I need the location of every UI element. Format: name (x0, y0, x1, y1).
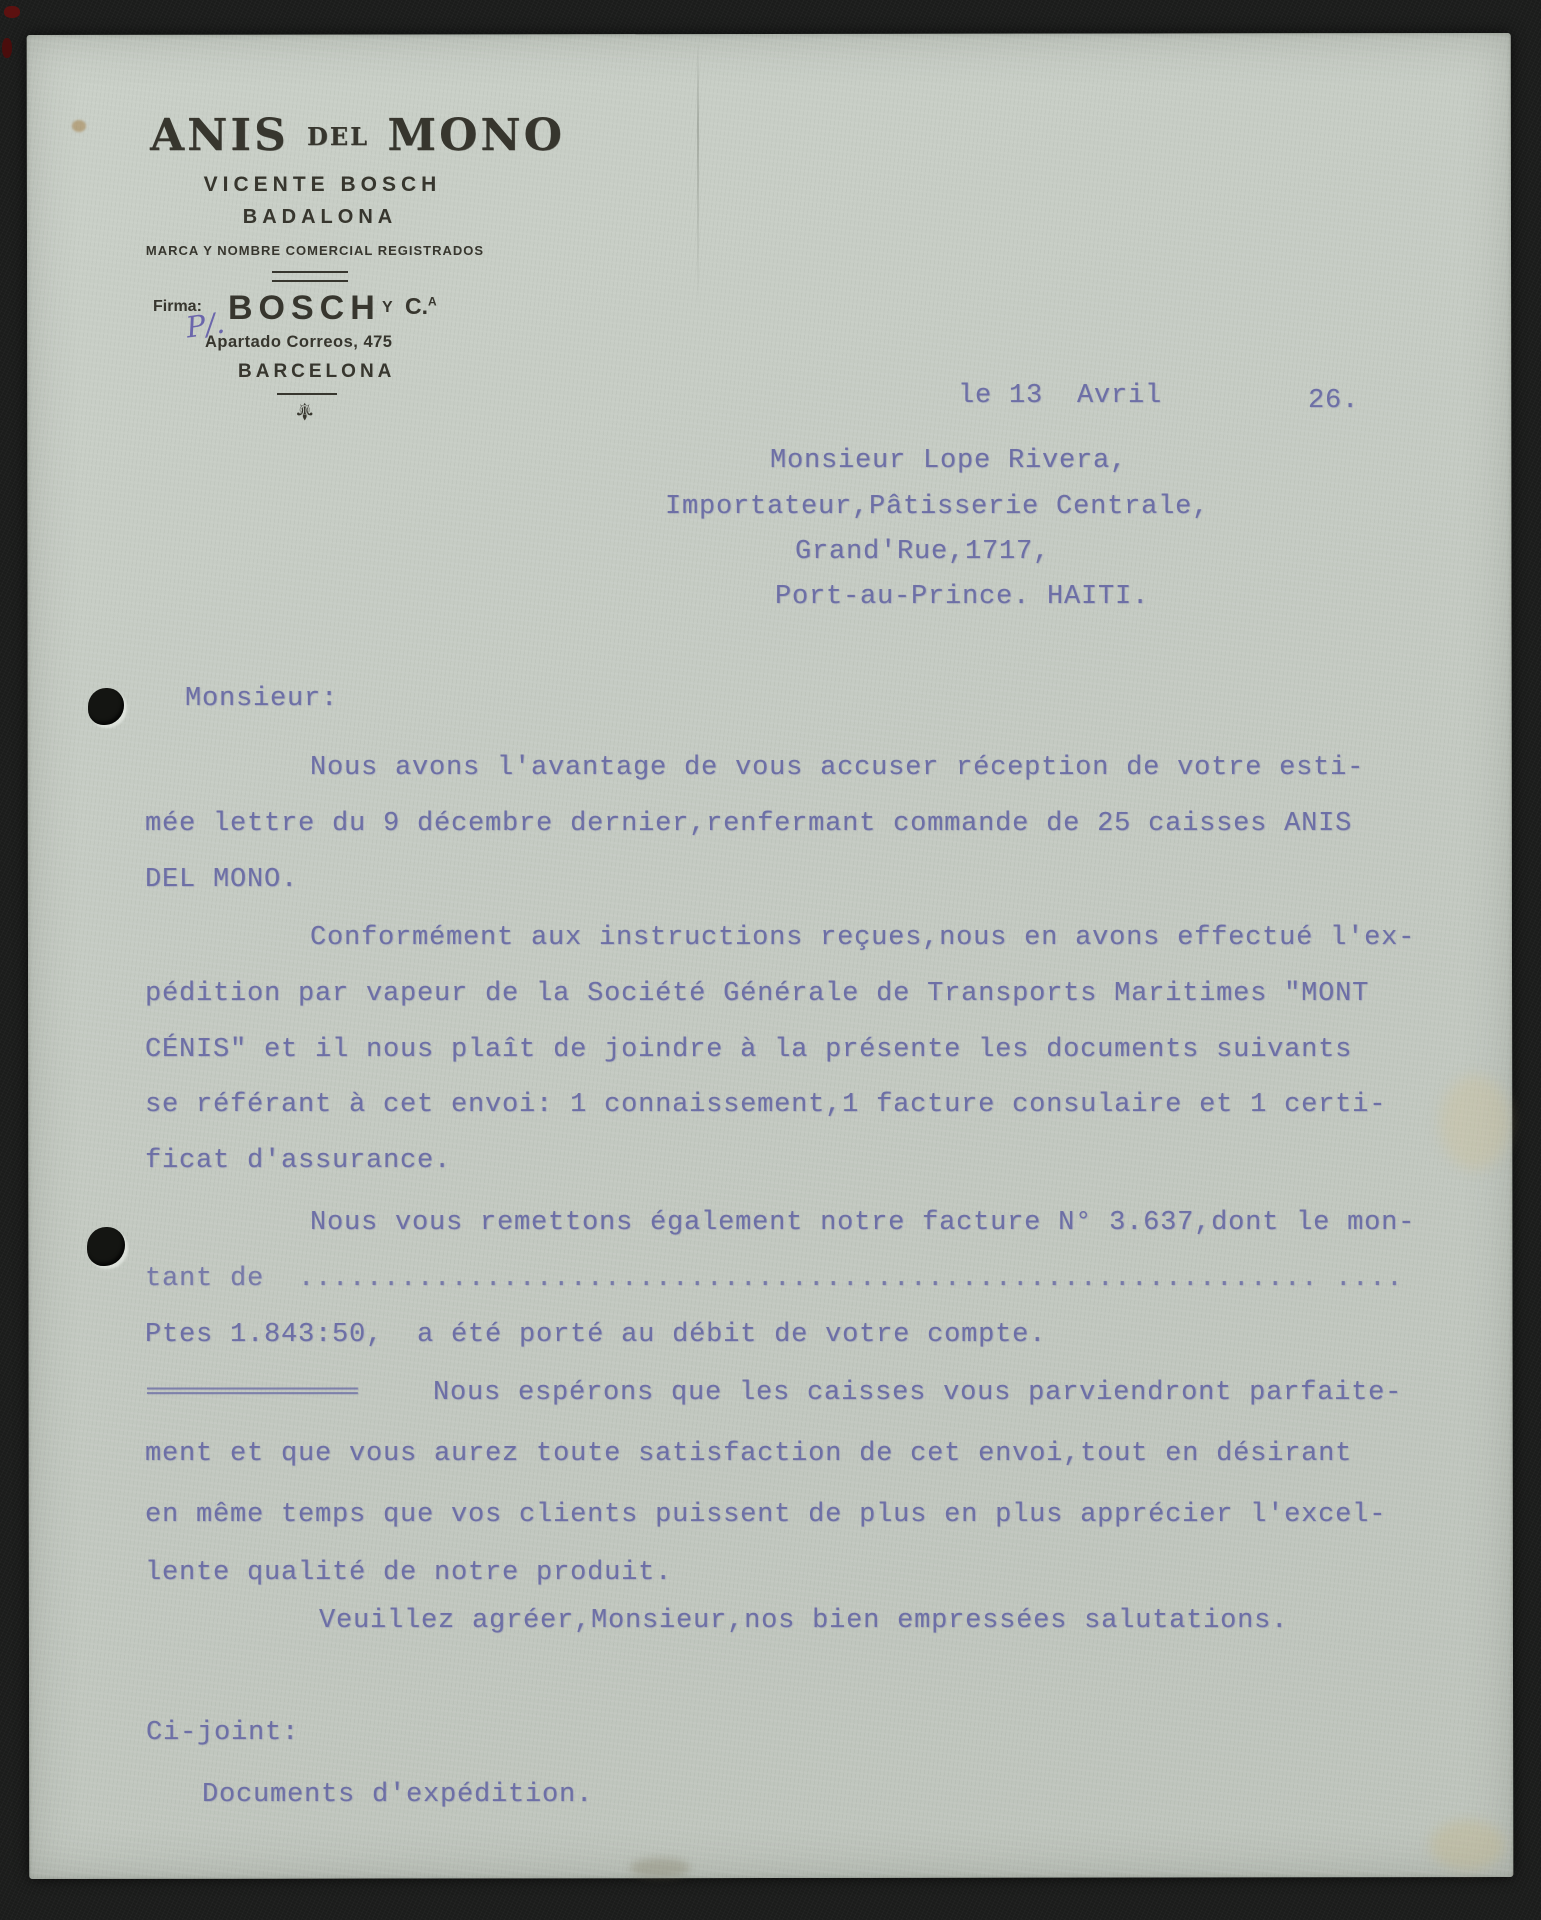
firma-company-abbrev: C.A (405, 295, 437, 318)
corner-mark (2, 38, 12, 58)
enclosure-item: Documents d'expédition. (202, 1782, 593, 1809)
body-line-amount: Ptes 1.843:50, a été porté au débit de v… (145, 1322, 1046, 1349)
letterhead-city: BADALONA (150, 207, 490, 227)
letterhead-brand: ANIS DEL MONO (150, 114, 495, 158)
salutation: Monsieur: (185, 686, 338, 713)
body-line-dotted: tant de ................................… (145, 1266, 1403, 1293)
body-line: Nous vous remettons également notre fact… (310, 1210, 1415, 1237)
letterhead-owner: VICENTE BOSCH (150, 174, 495, 195)
closing-line: Veuillez agréer,Monsieur,nos bien empres… (319, 1608, 1288, 1635)
body-line: mée lettre du 9 décembre dernier,renferm… (145, 811, 1352, 838)
brand-del: DEL (307, 122, 369, 151)
firma-co-sup: A (428, 294, 437, 308)
paper-stain (1440, 1075, 1510, 1170)
firma-co-text: C. (405, 293, 428, 319)
date-day-month: le 13 Avril (958, 383, 1162, 410)
paper-crease (697, 40, 699, 310)
letterhead-ornament-icon: ⚜ (294, 396, 316, 425)
body-line: CÉNIS" et il nous plaît de joindre à la … (145, 1037, 1352, 1064)
letterhead-po-box: Apartado Correos, 475 (205, 334, 392, 351)
body-line: ficat d'assurance. (145, 1148, 451, 1175)
scan-background: ANIS DEL MONO VICENTE BOSCH BADALONA MAR… (0, 0, 1541, 1920)
body-line: se référant à cet envoi: 1 connaissement… (145, 1092, 1386, 1119)
recipient-line: Port-au-Prince. HAITI. (775, 584, 1149, 611)
letterhead-registered-line: MARCA Y NOMBRE COMERCIAL REGISTRADOS (95, 244, 535, 257)
amount-underline-mark: ═════════════ (147, 1380, 358, 1407)
corner-mark (4, 6, 20, 18)
brand-part1: ANIS (150, 110, 289, 161)
body-line: ment et que vous aurez toute satisfactio… (145, 1441, 1352, 1468)
firma-name: BOSCH (228, 291, 381, 325)
paper-stain (72, 120, 86, 132)
brand-part2: MONO (387, 110, 565, 161)
body-line: Nous avons l'avantage de vous accuser ré… (310, 755, 1364, 782)
recipient-line: Importateur,Pâtisserie Centrale, (665, 494, 1209, 521)
body-line: lente qualité de notre produit. (145, 1560, 672, 1587)
firma-conjunction: Y (382, 300, 393, 316)
paper-stain (630, 1858, 690, 1878)
letterhead-double-rule (272, 271, 348, 282)
letterhead-rule (277, 393, 337, 395)
recipient-line: Grand'Rue,1717, (795, 539, 1050, 566)
enclosure-label: Ci-joint: (146, 1720, 299, 1747)
body-line: DEL MONO. (145, 867, 298, 894)
paper-stain (1430, 1820, 1505, 1870)
date-year: 26. (1308, 388, 1359, 415)
body-line: en même temps que vos clients puissent d… (145, 1502, 1386, 1529)
body-line: Nous espérons que les caisses vous parvi… (433, 1380, 1402, 1407)
body-line: pédition par vapeur de la Société Généra… (145, 981, 1369, 1008)
recipient-line: Monsieur Lope Rivera, (770, 448, 1127, 475)
letterhead-city2: BARCELONA (238, 362, 395, 381)
body-line: Conformément aux instructions reçues,nou… (310, 925, 1415, 952)
